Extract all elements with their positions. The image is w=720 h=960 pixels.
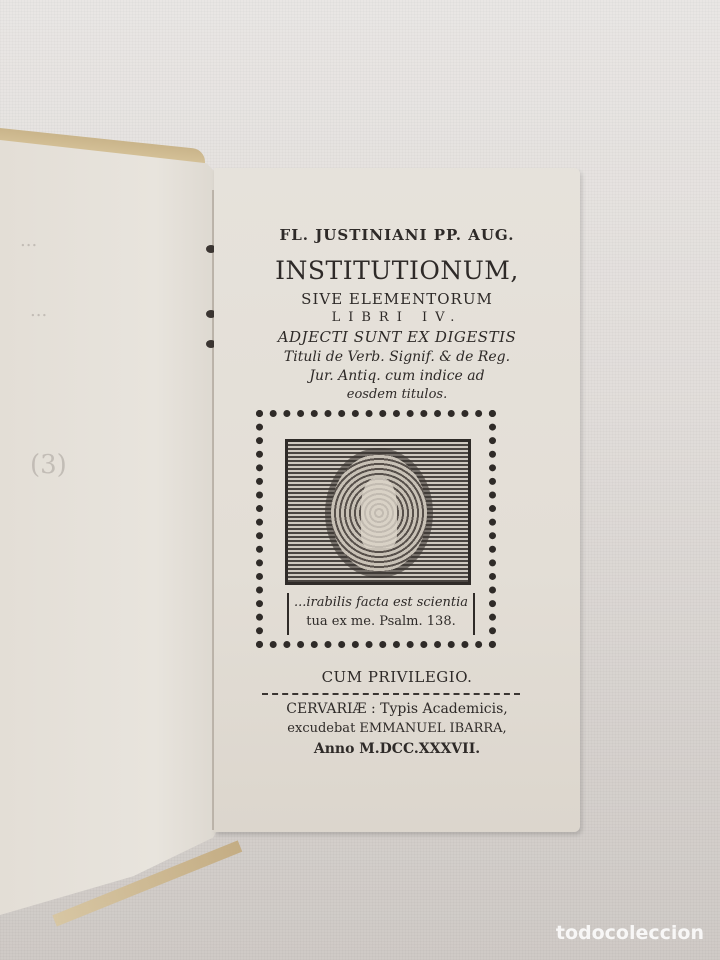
addendum-line: ADJECTI SUNT EX DIGESTIS — [214, 328, 580, 346]
madonna-figure — [361, 478, 397, 548]
ornamental-border: ...irabilis facta est scientia tua ex me… — [256, 410, 496, 648]
addendum-line: eosdem titulos. — [214, 387, 580, 402]
woodcut-illustration — [285, 439, 471, 585]
handwritten-mark: (3) — [30, 450, 67, 480]
title-page: FL. JUSTINIANI PP. AUG. INSTITUTIONUM, S… — [214, 168, 580, 832]
addendum-line: Jur. Antiq. cum indice ad — [214, 368, 580, 384]
motto-line: ...irabilis facta est scientia — [289, 593, 473, 612]
divider-rule — [262, 693, 520, 695]
imprint-line: CERVARIÆ : Typis Academicis, — [214, 701, 580, 717]
left-page: ... ... (3) — [0, 140, 222, 915]
watermark: todocoleccion — [556, 922, 704, 944]
madonna-medallion — [331, 454, 427, 572]
author-line: FL. JUSTINIANI PP. AUG. — [214, 226, 580, 244]
imprint-line: excudebat EMMANUEL IBARRA, — [214, 721, 580, 736]
woodcut-motto: ...irabilis facta est scientia tua ex me… — [287, 593, 475, 635]
privilege-line: CUM PRIVILEGIO. — [214, 668, 580, 686]
bleed-through-text: ... — [30, 300, 47, 321]
subtitle: SIVE ELEMENTORUM — [214, 290, 580, 308]
imprint-date: Anno M.DCC.XXXVII. — [214, 741, 580, 757]
books-count: LIBRI IV. — [214, 310, 580, 325]
motto-line: tua ex me. Psalm. 138. — [289, 612, 473, 631]
book-title: INSTITUTIONUM, — [214, 256, 580, 285]
bleed-through-text: ... — [20, 230, 37, 251]
addendum-line: Tituli de Verb. Signif. & de Reg. — [214, 349, 580, 365]
